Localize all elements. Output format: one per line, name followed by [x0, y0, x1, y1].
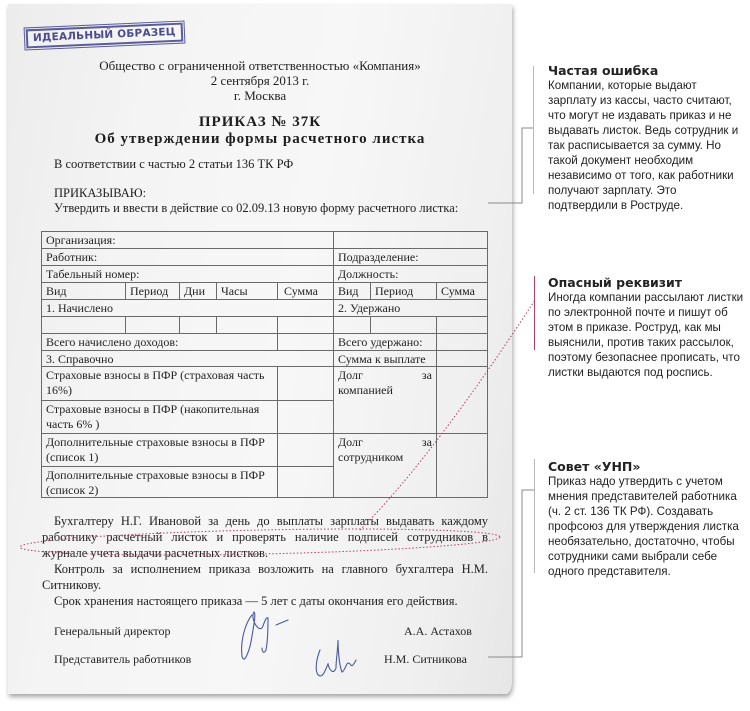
- note-1-bar: [533, 66, 534, 194]
- total-withheld: Всего удержано:: [333, 333, 437, 351]
- annotation-text: Компании, которые выдают зарплату из кас…: [548, 78, 748, 213]
- empty-cell: [125, 316, 180, 334]
- pension-insurance-part: Страховые взносы в ПФР (страховая часть …: [41, 366, 278, 401]
- pension-funded-part: Страховые взносы в ПФР (накопительная ча…: [41, 400, 278, 434]
- col-header-period: Период: [125, 282, 180, 300]
- director-role: Генеральный директор: [54, 624, 171, 639]
- col-header-amount: Сумма: [277, 282, 334, 300]
- annotation-text: Иногда компании рассылают листки по элек…: [548, 290, 748, 380]
- accountant-instruction: Бухгалтеру Н.Г. Ивановой за день до выпл…: [42, 513, 488, 561]
- empty-cell: [277, 400, 334, 434]
- empty-cell: [436, 366, 488, 434]
- accrued-section: 1. Начислено: [41, 299, 334, 317]
- legal-basis: В соответствии с частью 2 статьи 136 ТК …: [54, 157, 293, 172]
- organization-name: Общество с ограниченной ответственностью…: [8, 58, 512, 73]
- note-3-bar: [534, 459, 535, 573]
- empty-cell: [436, 333, 488, 351]
- empty-cell: [370, 316, 437, 334]
- annotation-common-mistake: Частая ошибка Компании, которые выдают з…: [548, 63, 748, 213]
- empty-cell: [333, 231, 488, 249]
- personnel-number-cell: Табельный номер:: [41, 265, 334, 283]
- order-city: г. Москва: [8, 88, 512, 103]
- position-cell: Должность:: [333, 265, 488, 283]
- col-header-type: Вид: [41, 282, 126, 300]
- empty-cell: [436, 350, 488, 367]
- control-clause: Контроль за исполнением приказа возложит…: [42, 561, 488, 593]
- empty-cell: [179, 316, 217, 334]
- employee-debt: Долг за сотрудником: [333, 433, 437, 498]
- annotation-unp-advice: Совет «УНП» Приказ надо утвердить с учет…: [548, 459, 748, 579]
- annotation-text: Приказ надо утвердить с учетом мнения пр…: [548, 474, 748, 579]
- col-header-amount-right: Сумма: [436, 282, 488, 300]
- col-header-period-right: Период: [370, 282, 437, 300]
- empty-cell: [216, 316, 278, 334]
- representative-name: Н.М. Ситникова: [384, 652, 467, 667]
- col-header-hours: Часы: [216, 282, 278, 300]
- order-number: ПРИКАЗ № 37К: [8, 114, 512, 131]
- representative-role: Представитель работников: [54, 652, 191, 667]
- empty-cell: [436, 316, 488, 334]
- empty-cell: [277, 316, 334, 334]
- additional-pension-list-2: Дополнительные страховые взносы в ПФР (с…: [41, 466, 278, 498]
- annotation-title: Частая ошибка: [548, 63, 748, 78]
- order-command: ПРИКАЗЫВАЮ:: [54, 186, 146, 201]
- note-2-bar: [534, 276, 535, 350]
- empty-cell: [41, 316, 126, 334]
- empty-cell: [277, 433, 334, 467]
- organization-cell: Организация:: [41, 231, 334, 249]
- amount-to-pay: Сумма к выплате: [333, 350, 437, 367]
- order-instruction: Утвердить и ввести в действие со 02.09.1…: [54, 201, 458, 216]
- reference-section: 3. Справочно: [41, 350, 334, 367]
- director-name: А.А. Астахов: [404, 624, 472, 639]
- empty-cell: [277, 333, 334, 351]
- withheld-section: 2. Удержано: [333, 299, 488, 317]
- order-body: Бухгалтеру Н.Г. Ивановой за день до выпл…: [42, 513, 488, 609]
- annotation-title: Опасный реквизит: [548, 275, 748, 290]
- additional-pension-list-1: Дополнительные страховые взносы в ПФР (с…: [41, 433, 278, 467]
- total-accrued: Всего начислено доходов:: [41, 333, 278, 351]
- order-subject: Об утверждении формы расчетного листка: [8, 131, 512, 148]
- empty-cell: [436, 433, 488, 498]
- col-header-type-right: Вид: [333, 282, 371, 300]
- employee-cell: Работник:: [41, 248, 334, 266]
- company-debt: Долг за компанией: [333, 366, 437, 434]
- annotation-title: Совет «УНП»: [548, 459, 748, 474]
- order-date: 2 сентября 2013 г.: [8, 73, 512, 88]
- empty-cell: [333, 316, 371, 334]
- col-header-days: Дни: [179, 282, 217, 300]
- retention-clause: Срок хранения настоящего приказа — 5 лет…: [42, 593, 488, 609]
- department-cell: Подразделение:: [333, 248, 488, 266]
- annotation-dangerous-requisite: Опасный реквизит Иногда компании рассыла…: [548, 275, 748, 380]
- empty-cell: [277, 366, 334, 401]
- empty-cell: [277, 466, 334, 498]
